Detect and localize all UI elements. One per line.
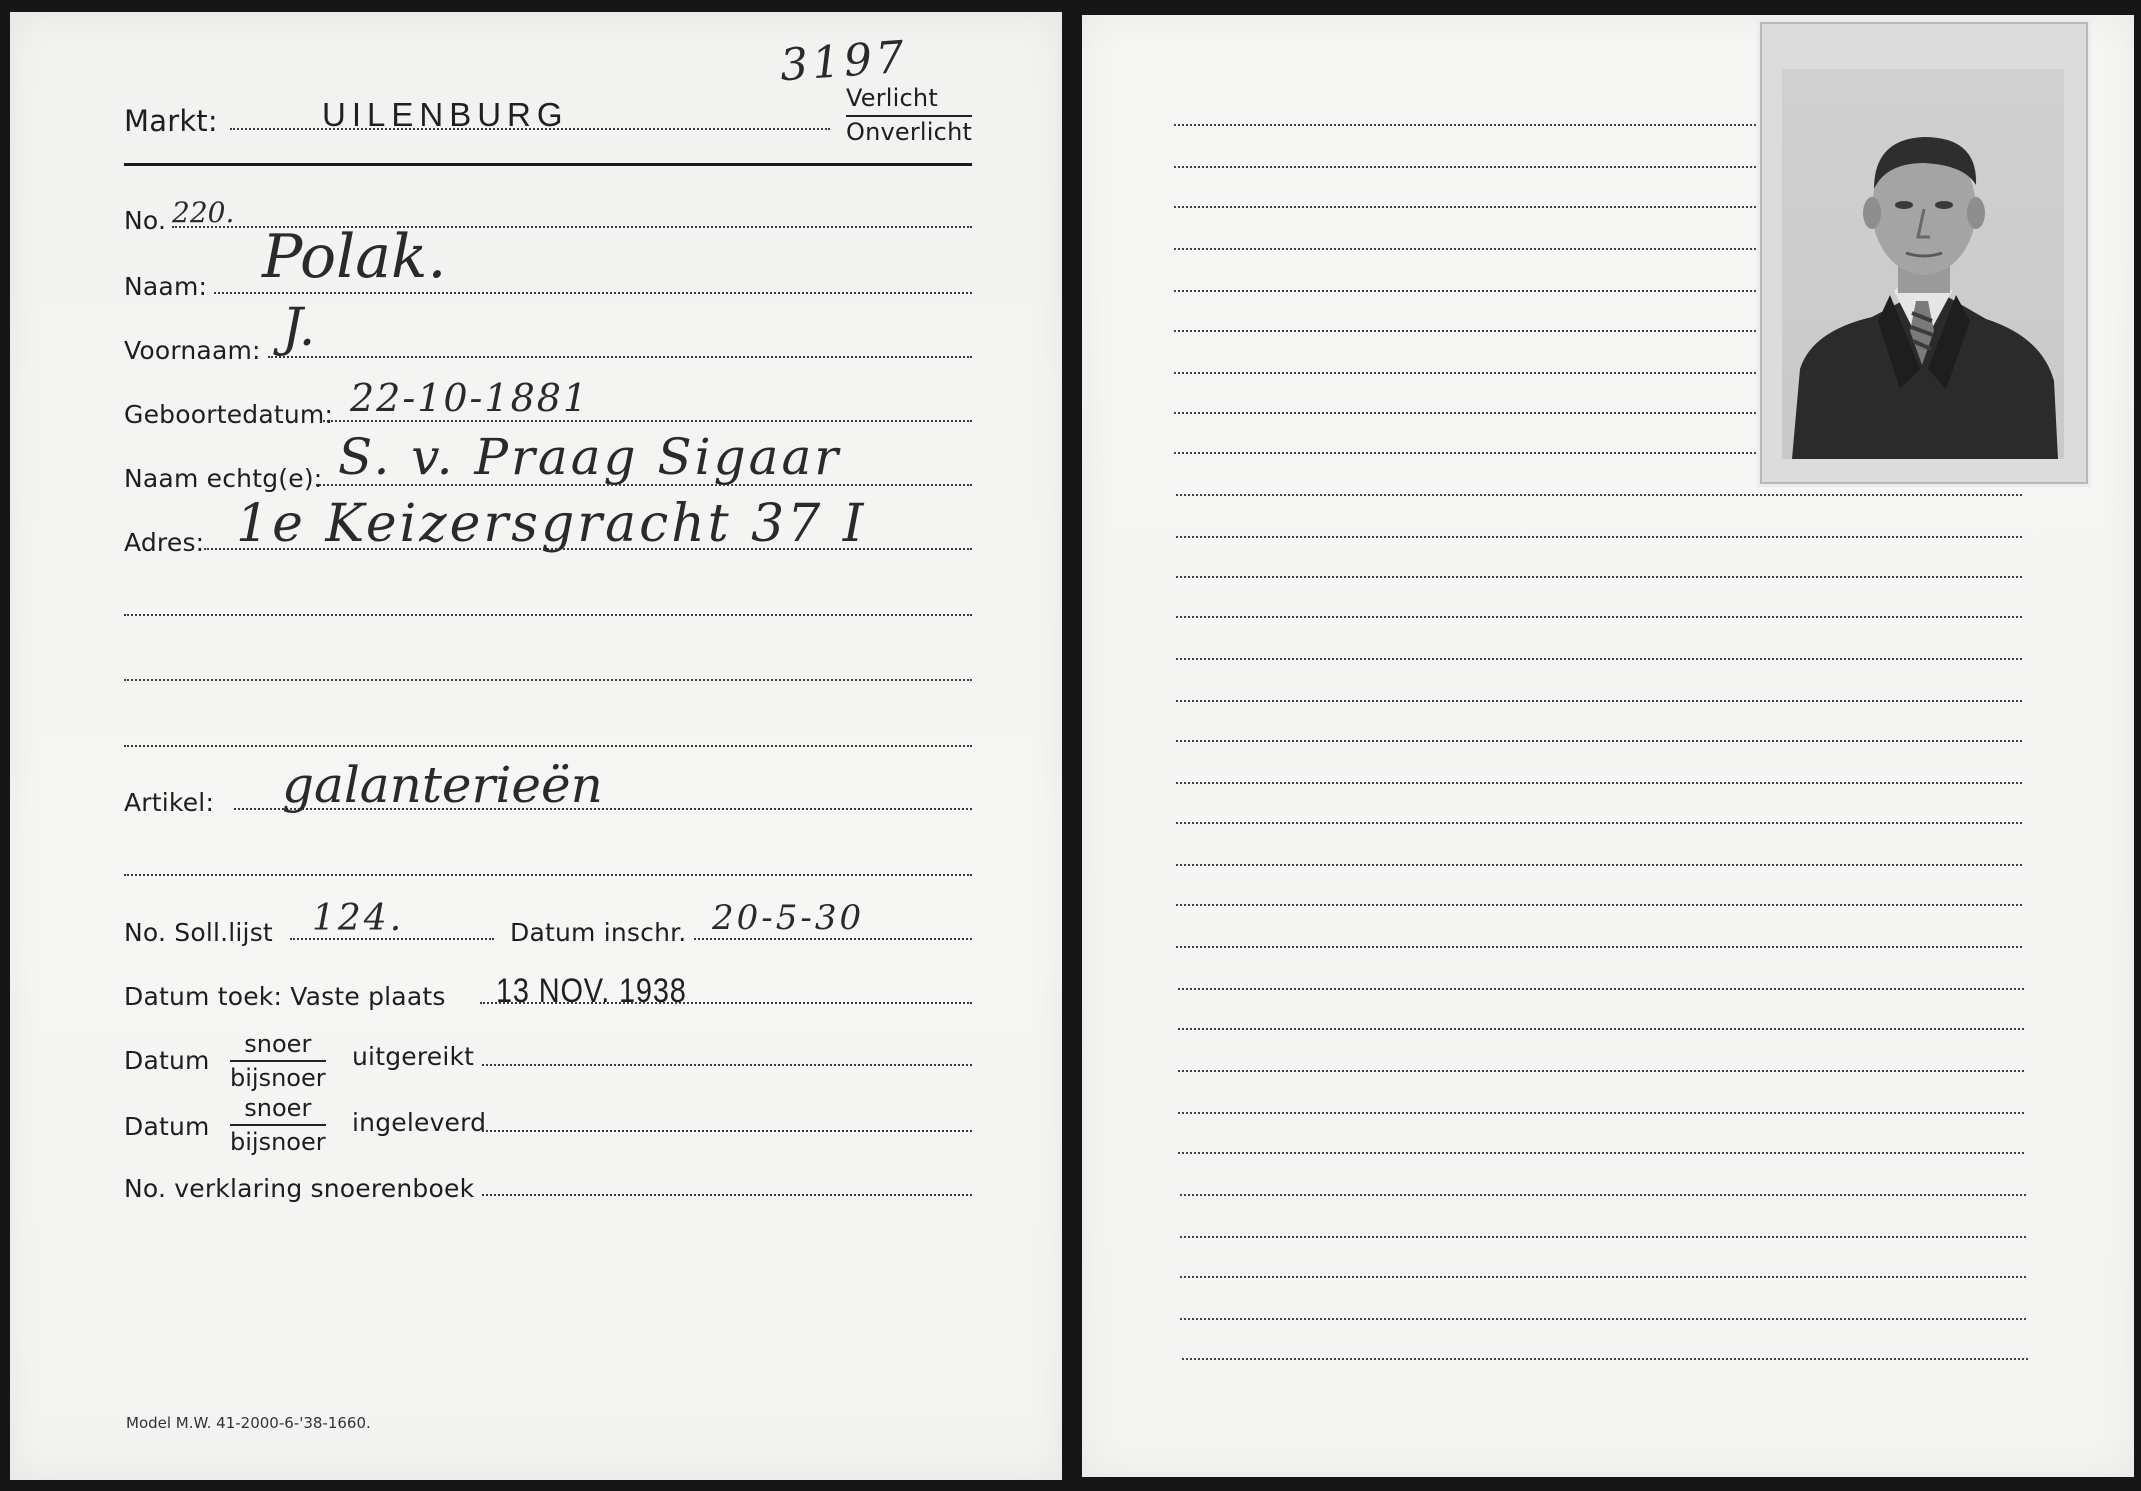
ruled-line [1176,700,2022,702]
adres-label: Adres: [124,528,204,557]
photo-image [1782,69,2064,459]
ruled-line [1174,412,1760,414]
lighting-fraction-bar [846,115,972,117]
markt-value: UILENBURG [322,96,569,134]
uitgereikt-frac-top: snoer [230,1030,326,1062]
ruled-line [1174,372,1760,374]
portrait-photo [1760,22,2088,484]
geboortedatum-label: Geboortedatum: [124,400,333,429]
adres-line-3 [124,679,972,681]
naam-label: Naam: [124,272,207,301]
ruled-line [1174,452,1760,454]
artikel-line-2 [124,874,972,876]
artikel-value: galanterieën [282,756,603,814]
voornaam-label: Voornaam: [124,336,261,365]
geboortedatum-value: 22-10-1881 [350,376,589,420]
onverlicht-option: Onverlicht [846,118,972,146]
verklaring-label: No. verklaring snoerenboek [124,1174,474,1203]
ruled-line [1178,1112,2024,1114]
artikel-label: Artikel: [124,788,214,817]
ruled-line [1176,616,2022,618]
ruled-line [1176,904,2022,906]
ingeleverd-frac-bottom: bijsnoer [230,1126,326,1156]
datum-toek-label: Datum toek: Vaste plaats [124,982,446,1011]
geboortedatum-line [320,420,972,422]
ruled-line [1174,166,1760,168]
ruled-line [1178,988,2024,990]
naam-line [214,292,972,294]
uitgereikt-datum-label: Datum [124,1046,210,1075]
ruled-line [1176,782,2022,784]
ruled-line [1176,740,2022,742]
adres-line-2 [124,614,972,616]
verlicht-option: Verlicht [846,84,938,112]
no-value: 220. [172,196,234,229]
ruled-line [1174,290,1760,292]
card-number-handwritten: 3197 [778,32,909,92]
datum-inschr-label: Datum inschr. [510,918,686,947]
ruled-line [1176,576,2022,578]
ingeleverd-label: ingeleverd [352,1108,486,1137]
ruled-line [1174,248,1760,250]
uitgereikt-label: uitgereikt [352,1042,474,1071]
ruled-line [1176,536,2022,538]
adres-value: 1e Keizersgracht 37 I [236,494,866,554]
ruled-line [1174,206,1760,208]
portrait-figure-icon [1782,69,2064,459]
datum-toek-stamp: 13 NOV. 1938 [496,972,687,1011]
ruled-line [1180,1194,2026,1196]
ingeleverd-line [482,1130,972,1132]
model-footer: Model M.W. 41-2000-6-'38-1660. [126,1414,371,1432]
markt-label: Markt: [124,104,218,138]
ruled-line [1174,330,1760,332]
ruled-line [1176,658,2022,660]
ruled-line [1178,1152,2024,1154]
datum-inschr-line [694,938,972,940]
soll-lijst-value: 124. [312,898,404,939]
ruled-line [1176,946,2022,948]
ingeleverd-fraction: snoer bijsnoer [230,1094,326,1156]
uitgereikt-frac-bottom: bijsnoer [230,1062,326,1092]
ingeleverd-frac-top: snoer [230,1094,326,1126]
ingeleverd-datum-label: Datum [124,1112,210,1141]
no-label: No. [124,206,166,235]
header-rule [124,163,972,166]
ruled-line [1178,1028,2024,1030]
adres-line-4 [124,745,972,747]
ruled-line [1180,1236,2026,1238]
verklaring-line [482,1194,972,1196]
ruled-line [1176,494,2022,496]
datum-inschr-value: 20-5-30 [712,898,864,938]
ruled-line [1180,1318,2026,1320]
naam-value: Polak. [262,222,446,292]
uitgereikt-line [482,1064,972,1066]
ruled-line [1182,1358,2028,1360]
ruled-line [1178,1070,2024,1072]
ruled-line [1180,1276,2026,1278]
ruled-line [1176,822,2022,824]
voornaam-value: J. [282,298,315,358]
ruled-line [1174,124,1760,126]
ruled-line [1176,864,2022,866]
uitgereikt-fraction: snoer bijsnoer [230,1030,326,1092]
voornaam-line [268,356,972,358]
soll-lijst-label: No. Soll.lijst [124,918,273,947]
naam-echtgenote-value: S. v. Praag Sigaar [338,428,841,486]
naam-echtgenote-label: Naam echtg(e): [124,464,322,493]
